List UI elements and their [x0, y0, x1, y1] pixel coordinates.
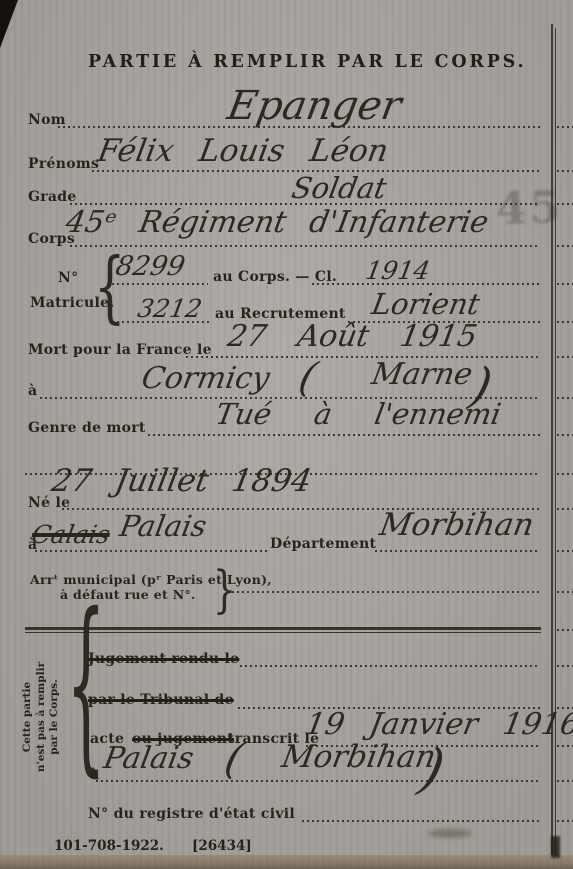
- mort-paren-open: (: [295, 358, 321, 398]
- lower-section-brace: {: [66, 589, 105, 778]
- ruled-line-stub: [557, 820, 573, 822]
- arr-municipal-brace: }: [213, 564, 236, 615]
- ruled-line-stub: [557, 397, 573, 399]
- ruled-line-stub: [557, 591, 573, 593]
- scan-corner-artifact: [0, 0, 18, 48]
- ruled-line: [375, 550, 540, 552]
- registre-label: N° du registre d'état civil: [88, 806, 295, 822]
- departement-label: Département: [270, 536, 376, 552]
- nom-label: Nom: [28, 112, 66, 128]
- ruled-line-stub: [557, 665, 573, 667]
- scan-bottom-edge: [0, 855, 573, 869]
- matricule-classe-value: 1914: [364, 258, 432, 283]
- ruled-line: [35, 550, 268, 552]
- ruled-line: [70, 245, 540, 247]
- ne-lieu-struck-value: Calais: [30, 522, 112, 547]
- genre-de-mort-label: Genre de mort: [28, 420, 146, 436]
- military-death-record-card: 45 PARTIE À REMPLIR PAR LE CORPS. Nom Pr…: [0, 0, 573, 869]
- prenoms-value: Félix Louis Léon: [95, 136, 390, 167]
- mort-lieu-label: à: [28, 383, 37, 399]
- ruled-line-stub: [557, 203, 573, 205]
- scan-blotch: [428, 829, 472, 838]
- mort-lieu-value: Cormicy: [139, 364, 271, 394]
- ruled-line-stub: [557, 550, 573, 552]
- ruled-line: [148, 434, 540, 436]
- ruled-line-stub: [557, 245, 573, 247]
- grade-value: Soldat: [289, 174, 388, 203]
- acte-dept-value: Morbihan: [279, 742, 438, 773]
- ruled-line-stub: [557, 321, 573, 323]
- mort-pour-la-france-label: Mort pour la France le: [28, 342, 212, 358]
- jugement-label-struck: Jugement rendu le: [88, 651, 239, 667]
- ruled-line: [302, 820, 540, 822]
- ruled-line-stub: [557, 170, 573, 172]
- print-code: 101-708-1922.: [54, 838, 164, 854]
- ruled-line-stub: [557, 434, 573, 436]
- ruled-line-stub: [557, 745, 573, 747]
- ruled-line-stub: [557, 356, 573, 358]
- page-title: PARTIE À REMPLIR PAR LE CORPS.: [88, 52, 526, 72]
- nom-value: Epanger: [224, 86, 404, 126]
- ruled-line-stub: [557, 629, 573, 631]
- mort-date-value: 27 Août 1915: [225, 322, 479, 352]
- ruled-line: [240, 665, 540, 667]
- prenoms-label: Prénoms: [28, 156, 99, 172]
- tribunal-label-struck: par le Tribunal de: [88, 692, 234, 708]
- ruled-line-stub: [557, 473, 573, 475]
- genre-de-mort-value: Tué à l'ennemi: [213, 400, 503, 429]
- grade-label: Grade: [28, 189, 77, 205]
- ruled-line: [96, 780, 540, 782]
- ruled-line-stub: [557, 126, 573, 128]
- ruled-line: [112, 283, 208, 285]
- ruled-line-stub: [557, 780, 573, 782]
- scan-edge-mark: [551, 836, 560, 858]
- recrutement-place-value: Lorient: [369, 290, 481, 319]
- matricule-label-no: N°: [58, 270, 78, 286]
- side-note: Cette partie n'est pas à remplir par le …: [21, 637, 65, 797]
- acte-lieu-label: à: [90, 767, 99, 783]
- au-corps-label: au Corps. — Cl.: [213, 269, 337, 285]
- batch-number: [26434]: [192, 838, 252, 854]
- acte-lieu-value: Palais: [101, 744, 195, 774]
- matricule-value-2: 3212: [136, 296, 204, 321]
- ne-lieu-value: Palais: [117, 512, 208, 541]
- acte-date-value: 19 Janvier 1916: [303, 710, 573, 740]
- ne-date-value: 27 Juillet 1894: [49, 466, 313, 497]
- corps-value: 45ᵉ Régiment d'Infanterie: [63, 208, 490, 238]
- ruled-line: [232, 591, 540, 593]
- matricule-corps-value: 8299: [114, 253, 187, 280]
- departement-value: Morbihan: [377, 510, 536, 541]
- ruled-line-stub: [557, 283, 573, 285]
- ruled-line-stub: [557, 508, 573, 510]
- mort-dept-value: Marne: [369, 360, 474, 390]
